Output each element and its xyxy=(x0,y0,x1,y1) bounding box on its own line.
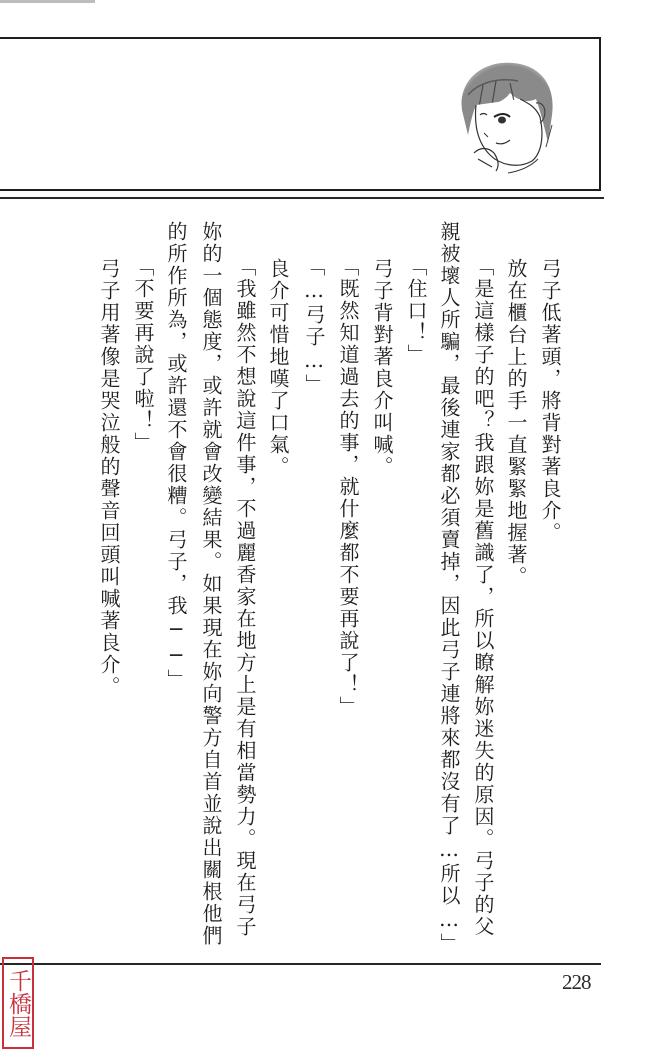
text-column: 「是這樣子的吧？我跟妳是舊識了，所以瞭解妳迷失的原因。弓子的父 xyxy=(471,256,495,938)
footer-rule xyxy=(0,963,601,965)
text-column: 弓子低著頭，將背對著良介。 xyxy=(538,258,562,544)
text-column: 弓子背對著良介叫喊。 xyxy=(370,258,394,478)
text-column: 「既然知道過去的事，就什麼都不要再說了！」 xyxy=(336,256,360,718)
text-column: 的所作所為，或許還不會很糟。弓子，我──」 xyxy=(164,221,188,691)
text-column: 弓子用著像是哭泣般的聲音回頭叫喊著良介。 xyxy=(97,258,121,698)
text-column: 「…弓子…」 xyxy=(302,256,326,396)
text-column: 親被壞人所騙，最後連家都必須賣掉，因此弓子連將來都沒有了…所以…」 xyxy=(437,221,461,955)
text-column: 「住口！」 xyxy=(404,256,428,366)
text-column: 妳的一個態度，或許就會改變結果。如果現在妳向警方自首並說出關根他們 xyxy=(199,221,223,947)
text-column: 「不要再說了啦！」 xyxy=(131,256,155,454)
page-number: 228 xyxy=(562,970,591,995)
text-column: 良介可惜地嘆了口氣。 xyxy=(266,258,290,478)
publisher-seal-stamp: 千橋屋 xyxy=(2,957,34,1049)
vertical-text-body: 弓子低著頭，將背對著良介。 放在櫃台上的手一直緊緊地握著。 「是這樣子的吧？我跟… xyxy=(0,0,672,960)
text-column: 放在櫃台上的手一直緊緊地握著。 xyxy=(504,258,528,588)
text-column: 「我雖然不想說這件事，不過麗香家在地方上是有相當勢力。現在弓子 xyxy=(233,256,257,938)
